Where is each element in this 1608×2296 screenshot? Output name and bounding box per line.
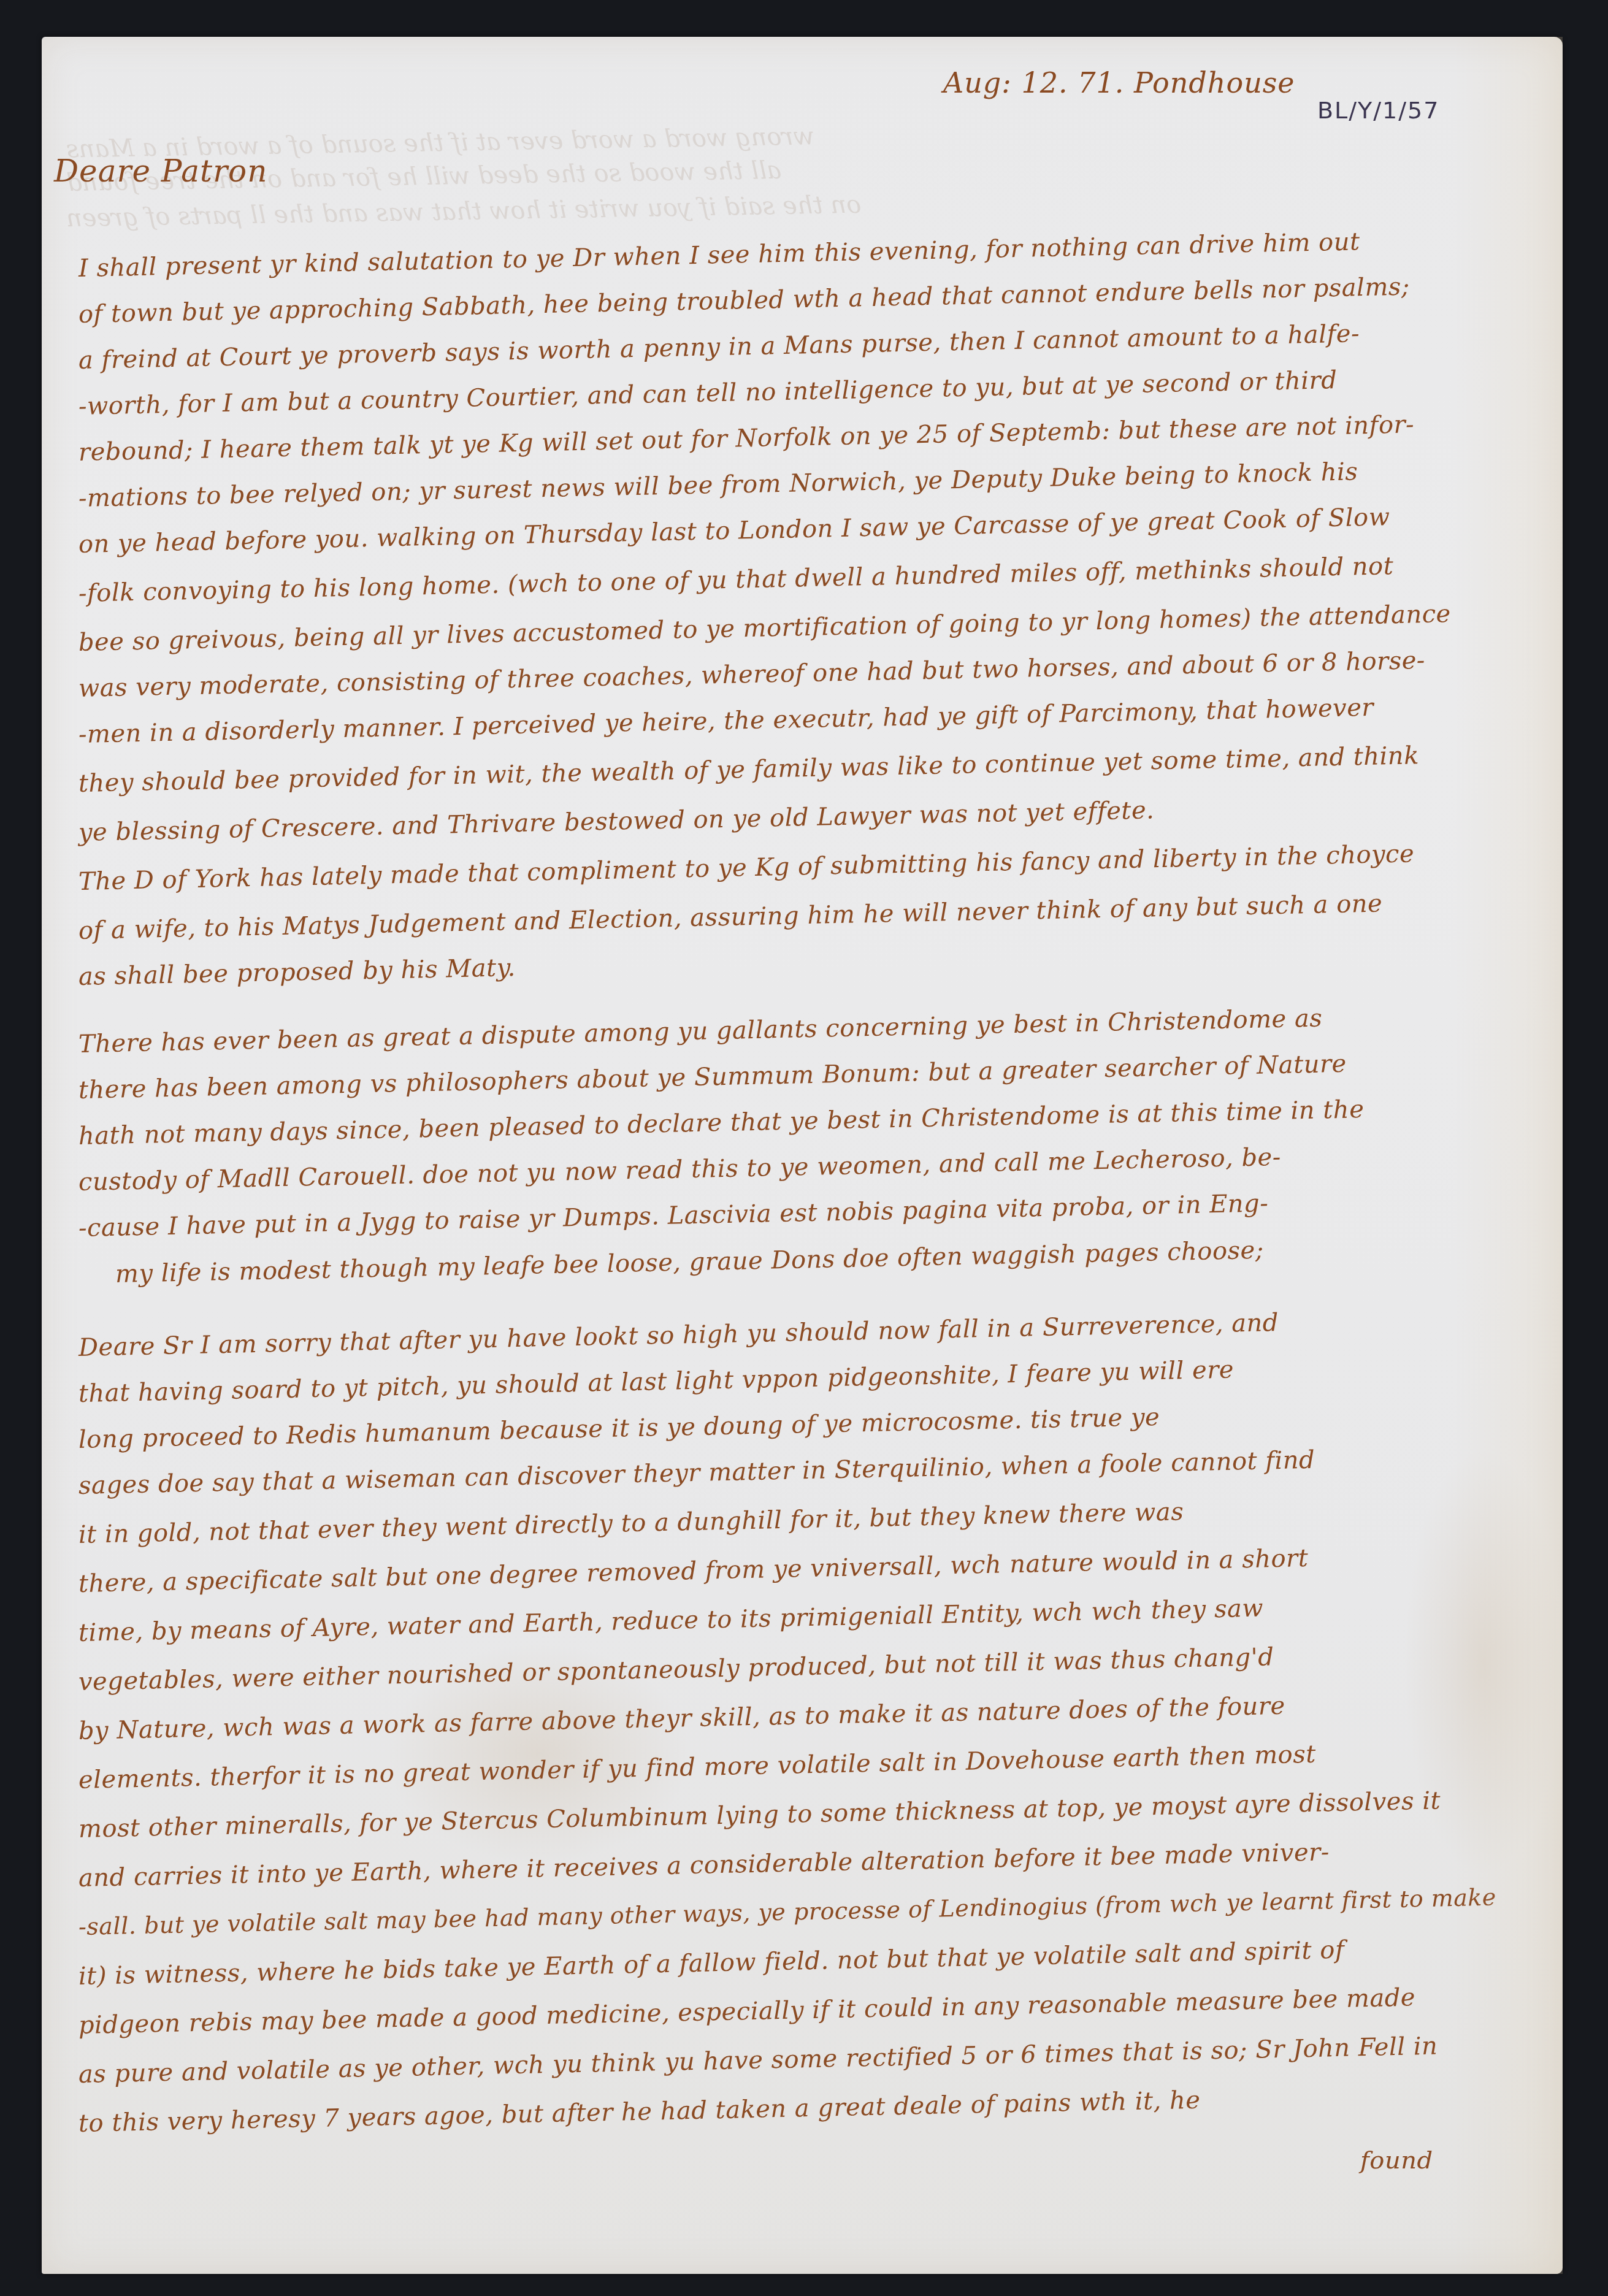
letter-body: I shall present yr kind salutation to ye… <box>42 37 1563 2274</box>
body-line: they should bee provided for in wit, the… <box>78 741 1420 798</box>
body-line: Deare Sr I am sorry that after yu have l… <box>78 1309 1279 1362</box>
body-line: as pure and volatile as ye other, wch yu… <box>78 2032 1438 2089</box>
manuscript-page: wrong word a word ever at if the sound o… <box>42 37 1563 2274</box>
body-line: The D of York has lately made that compl… <box>78 840 1415 896</box>
body-line: my life is modest though my leafe bee lo… <box>115 1236 1265 1288</box>
body-line: I shall present yr kind salutation to ye… <box>78 228 1360 283</box>
body-line: on ye head before you. walking on Thursd… <box>78 503 1390 559</box>
body-line: of town but ye approching Sabbath, hee b… <box>78 273 1411 329</box>
body-line: time, by means of Ayre, water and Earth,… <box>78 1594 1264 1647</box>
body-line: -men in a disorderly manner. I perceived… <box>78 694 1374 749</box>
catchword: found <box>1360 2146 1433 2175</box>
body-line: vegetables, were either nourished or spo… <box>78 1643 1274 1696</box>
body-line: a freind at Court ye proverb says is wor… <box>78 320 1360 375</box>
body-line: it in gold, not that ever they went dire… <box>78 1498 1184 1549</box>
body-line: most other mineralls, for ye Stercus Col… <box>78 1786 1441 1843</box>
body-line: was very moderate, consisting of three c… <box>78 646 1426 703</box>
body-line: -sall. but ye volatile salt may bee had … <box>78 1884 1497 1940</box>
body-line: -mations to bee relyed on; yr surest new… <box>78 457 1358 513</box>
body-line: hath not many days since, been pleased t… <box>78 1095 1365 1150</box>
body-line: -worth, for I am but a country Courtier,… <box>78 366 1338 421</box>
body-line: of a wife, to his Matys Judgement and El… <box>78 889 1383 945</box>
body-line: -folk convoying to his long home. (wch t… <box>78 552 1394 608</box>
body-line: There has ever been as great a dispute a… <box>78 1005 1323 1058</box>
body-line: as shall bee proposed by his Maty. <box>78 954 516 991</box>
body-line: -cause I have put in a Jygg to raise yr … <box>78 1189 1269 1242</box>
body-line: there, a specificate salt but one degree… <box>78 1544 1309 1598</box>
body-line: that having soard to yt pitch, yu should… <box>78 1356 1235 1408</box>
body-line: by Nature, wch was a work as farre above… <box>78 1692 1286 1745</box>
body-line: to this very heresy 7 years agoe, but af… <box>78 2086 1201 2138</box>
body-line: it) is witness, where he bids take ye Ea… <box>78 1936 1345 1991</box>
body-line: and carries it into ye Earth, where it r… <box>78 1838 1330 1892</box>
body-line: ye blessing of Crescere. and Thrivare be… <box>78 796 1155 847</box>
body-line: there has been among vs philosophers abo… <box>78 1050 1347 1104</box>
body-line: pidgeon rebis may bee made a good medici… <box>78 1983 1416 2040</box>
body-line: rebound; I heare them talk yt ye Kg will… <box>78 410 1415 467</box>
body-line: sages doe say that a wiseman can discove… <box>78 1446 1315 1500</box>
body-line: elements. therfor it is no great wonder … <box>78 1740 1317 1794</box>
body-line: bee so greivous, being all yr lives accu… <box>78 600 1452 657</box>
body-line: long proceed to Redis humanum because it… <box>78 1403 1160 1454</box>
body-line: custody of Madll Carouell. doe not yu no… <box>78 1143 1282 1196</box>
